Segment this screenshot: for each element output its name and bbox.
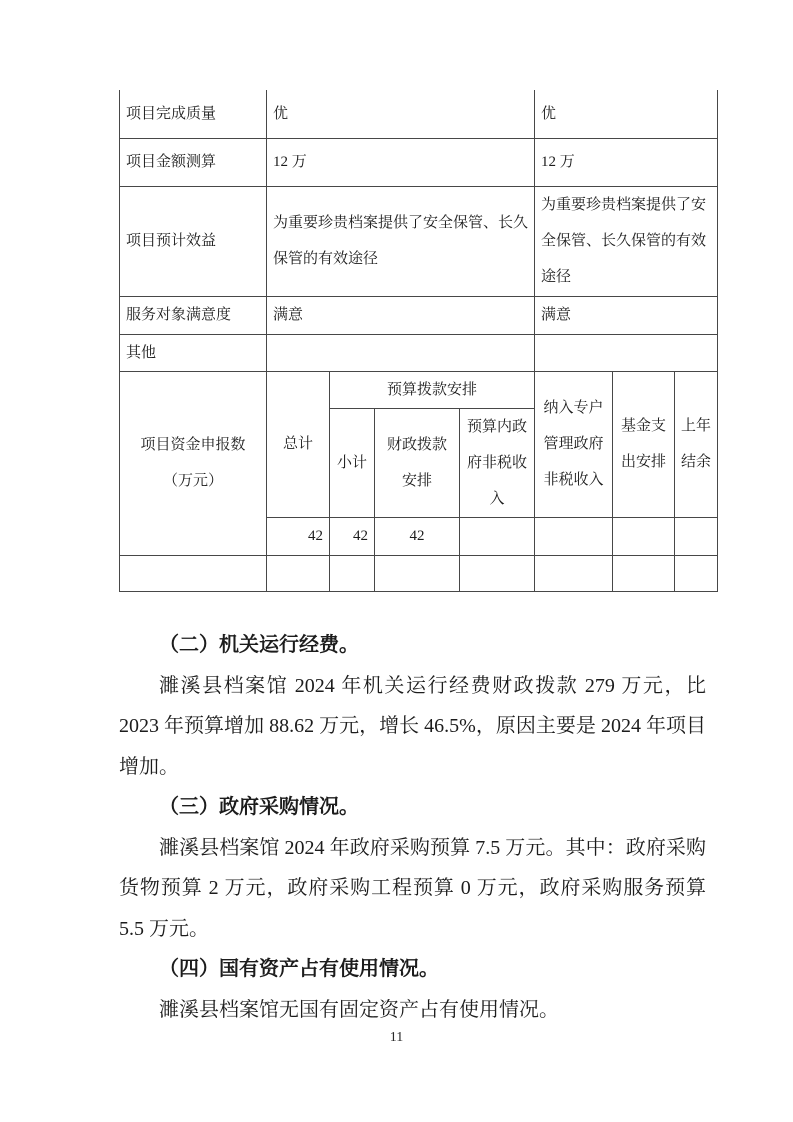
cell-header-prior-year-balance: 上年结余 [675, 371, 718, 517]
table-row-funding-header-top: 项目资金申报数（万元） 总计 预算拨款安排 纳入专户管理政府非税收入 基金支出安… [120, 371, 718, 408]
table-row-satisfaction: 服务对象满意度 满意 满意 [120, 296, 718, 334]
cell-header-subtotal: 小计 [330, 408, 375, 517]
cell-label-other: 其他 [120, 334, 267, 371]
cell-label-satisfaction: 服务对象满意度 [120, 296, 267, 334]
cell-header-special-account-nontax: 纳入专户管理政府非税收入 [535, 371, 613, 517]
performance-funding-table: 项目完成质量 优 优 项目金额测算 12 万 12 万 项目预计效益 为重要珍贵… [119, 90, 718, 592]
cell-header-budget-group: 预算拨款安排 [330, 371, 535, 408]
cell-header-in-budget-nontax: 预算内政府非税收入 [460, 408, 535, 517]
cell-funding-label: 项目资金申报数（万元） [120, 371, 267, 555]
cell-label-completion-quality: 项目完成质量 [120, 90, 267, 138]
cell-expected-benefit-project1: 为重要珍贵档案提供了安全保管、长久保管的有效途径 [267, 186, 535, 296]
table-row-amount-estimate: 项目金额测算 12 万 12 万 [120, 138, 718, 186]
cell-header-total: 总计 [267, 371, 330, 517]
section-paragraph-4: 濉溪县档案馆无国有固定资产占有使用情况。 [119, 990, 706, 1031]
cell-empty [120, 555, 267, 591]
cell-completion-quality-project2: 优 [535, 90, 718, 138]
cell-label-expected-benefit: 项目预计效益 [120, 186, 267, 296]
cell-empty [675, 555, 718, 591]
cell-satisfaction-project1: 满意 [267, 296, 535, 334]
cell-header-fiscal-allocation: 财政拨款安排 [375, 408, 460, 517]
section-paragraph-2: 濉溪县档案馆 2024 年机关运行经费财政拨款 279 万元，比 2023 年预… [119, 666, 706, 788]
cell-other-project1 [267, 334, 535, 371]
cell-empty [613, 555, 675, 591]
cell-header-fund-expenditure: 基金支出安排 [613, 371, 675, 517]
cell-empty [375, 555, 460, 591]
cell-value-in-budget-nontax [460, 517, 535, 555]
cell-other-project2 [535, 334, 718, 371]
cell-empty [535, 555, 613, 591]
document-page: 项目完成质量 优 优 项目金额测算 12 万 12 万 项目预计效益 为重要珍贵… [0, 0, 793, 1122]
section-heading-3: （三）政府采购情况。 [119, 787, 706, 828]
section-heading-4: （四）国有资产占有使用情况。 [119, 949, 706, 990]
cell-value-prior-year-balance [675, 517, 718, 555]
table-row-completion-quality: 项目完成质量 优 优 [120, 90, 718, 138]
cell-value-fiscal-allocation: 42 [375, 517, 460, 555]
cell-value-fund-expenditure [613, 517, 675, 555]
section-heading-2: （二）机关运行经费。 [119, 625, 706, 666]
cell-value-total: 42 [267, 517, 330, 555]
cell-empty [267, 555, 330, 591]
cell-amount-estimate-project2: 12 万 [535, 138, 718, 186]
table-row-empty [120, 555, 718, 591]
cell-empty [330, 555, 375, 591]
cell-completion-quality-project1: 优 [267, 90, 535, 138]
cell-empty [460, 555, 535, 591]
cell-value-subtotal: 42 [330, 517, 375, 555]
table-row-other: 其他 [120, 334, 718, 371]
cell-amount-estimate-project1: 12 万 [267, 138, 535, 186]
section-paragraph-3: 濉溪县档案馆 2024 年政府采购预算 7.5 万元。其中：政府采购货物预算 2… [119, 828, 706, 950]
cell-satisfaction-project2: 满意 [535, 296, 718, 334]
cell-label-amount-estimate: 项目金额测算 [120, 138, 267, 186]
document-body: （二）机关运行经费。 濉溪县档案馆 2024 年机关运行经费财政拨款 279 万… [119, 625, 706, 1030]
cell-expected-benefit-project2: 为重要珍贵档案提供了安全保管、长久保管的有效途径 [535, 186, 718, 296]
page-number: 11 [0, 1030, 793, 1046]
cell-value-special-account-nontax [535, 517, 613, 555]
table-row-expected-benefit: 项目预计效益 为重要珍贵档案提供了安全保管、长久保管的有效途径 为重要珍贵档案提… [120, 186, 718, 296]
